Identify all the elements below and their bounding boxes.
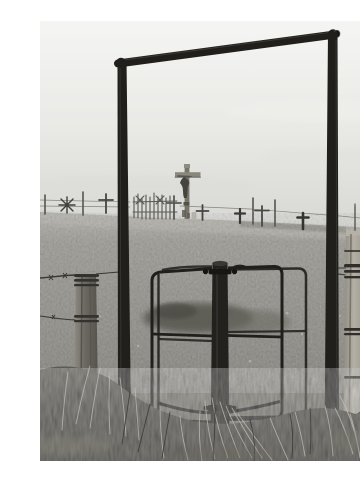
base-headstone <box>192 212 197 219</box>
print-margin-bottom <box>40 461 360 464</box>
photograph: Black and white photograph of a rural ce… <box>40 16 360 464</box>
print-margin-top <box>40 16 360 21</box>
star-cross-marker <box>59 197 75 213</box>
top-pivot-collar <box>209 269 232 274</box>
photo-canvas <box>40 16 360 464</box>
